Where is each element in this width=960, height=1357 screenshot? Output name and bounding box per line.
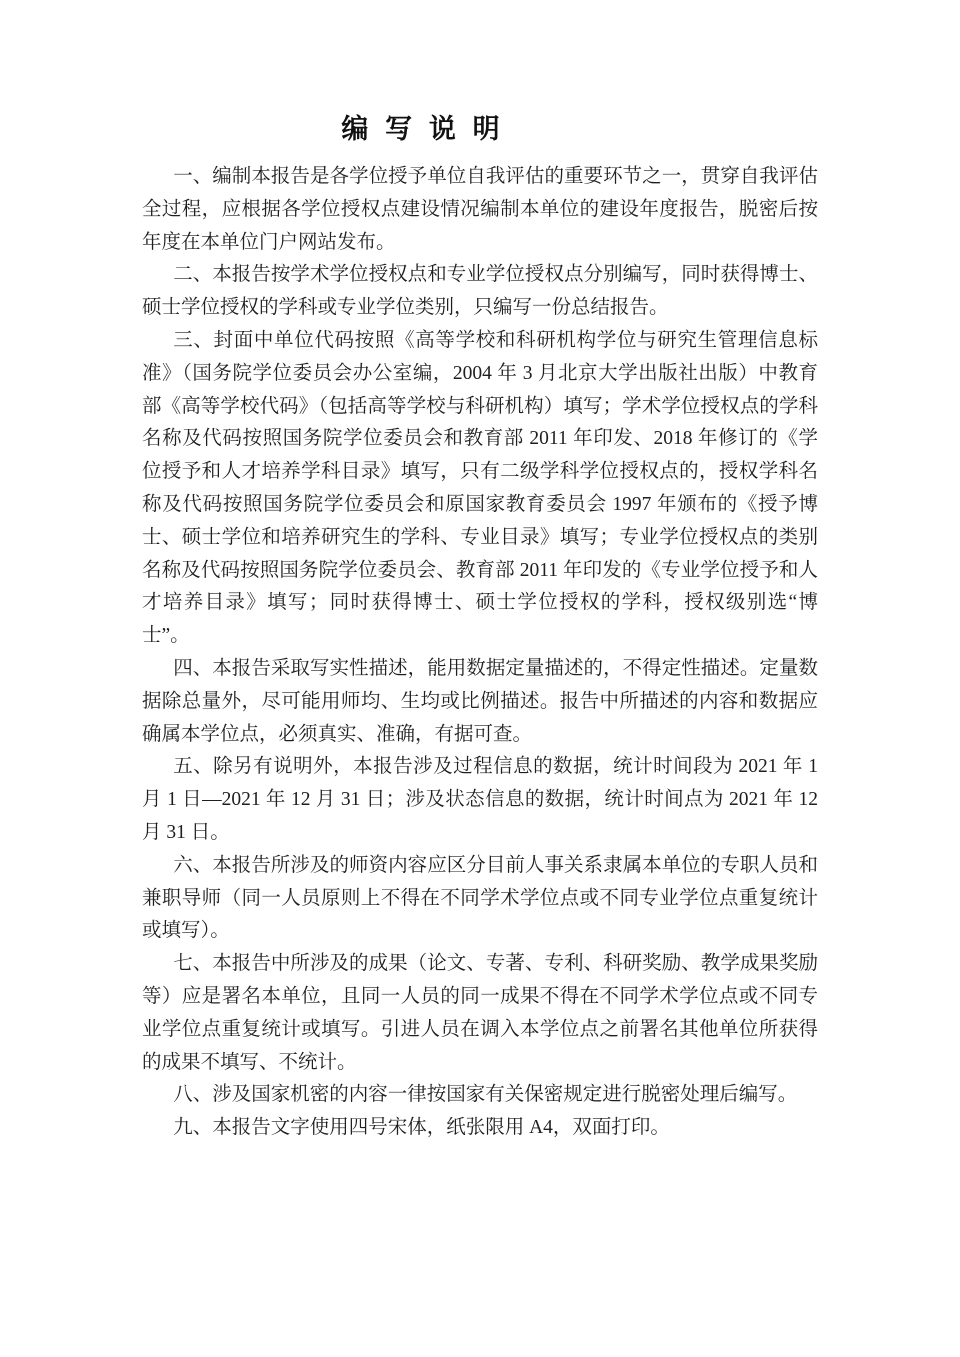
document-title: 编 写 说 明 <box>0 112 903 146</box>
document-body: 一、编制本报告是各学位授予单位自我评估的重要环节之一，贯穿自我评估全过程，应根据… <box>142 161 818 1145</box>
instruction-paragraph-9: 九、本报告文字使用四号宋体，纸张限用 A4，双面打印。 <box>142 1112 818 1145</box>
instruction-paragraph-6: 六、本报告所涉及的师资内容应区分目前人事关系隶属本单位的专职人员和兼职导师（同一… <box>142 850 818 948</box>
instruction-paragraph-2: 二、本报告按学术学位授权点和专业学位授权点分别编写，同时获得博士、硕士学位授权的… <box>142 259 818 325</box>
document-page: 编 写 说 明 一、编制本报告是各学位授予单位自我评估的重要环节之一，贯穿自我评… <box>0 0 960 1357</box>
instruction-paragraph-1: 一、编制本报告是各学位授予单位自我评估的重要环节之一，贯穿自我评估全过程，应根据… <box>142 161 818 259</box>
instruction-paragraph-8: 八、涉及国家机密的内容一律按国家有关保密规定进行脱密处理后编写。 <box>142 1079 818 1112</box>
instruction-paragraph-3: 三、封面中单位代码按照《高等学校和科研机构学位与研究生管理信息标准》（国务院学位… <box>142 325 818 653</box>
instruction-paragraph-5: 五、除另有说明外，本报告涉及过程信息的数据，统计时间段为 2021 年 1 月 … <box>142 751 818 849</box>
instruction-paragraph-7: 七、本报告中所涉及的成果（论文、专著、专利、科研奖励、教学成果奖励等）应是署名本… <box>142 948 818 1079</box>
instruction-paragraph-4: 四、本报告采取写实性描述，能用数据定量描述的，不得定性描述。定量数据除总量外，尽… <box>142 653 818 751</box>
